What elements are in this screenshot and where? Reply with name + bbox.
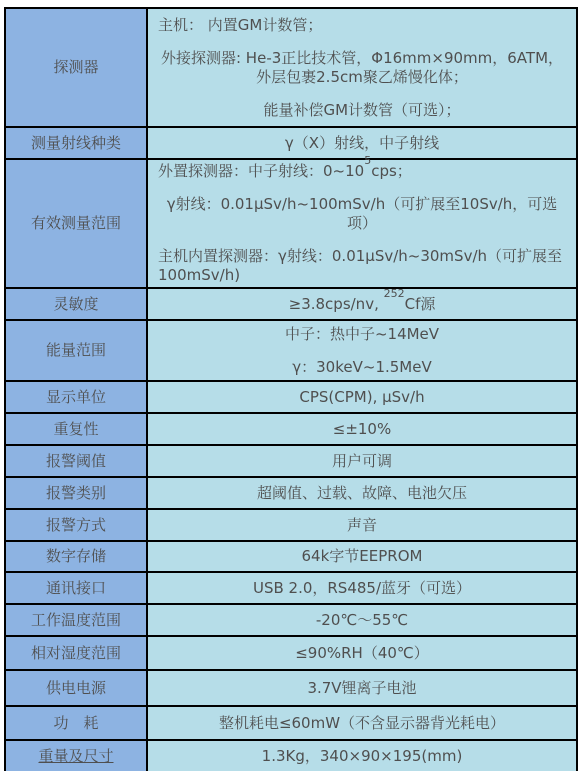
power-consumption-value: 整机耗电≤60mW（不含显示器背光耗电） bbox=[148, 707, 576, 739]
ray-types-label: 测量射线种类 bbox=[6, 128, 148, 158]
repeatability-text: ≤±10% bbox=[158, 420, 566, 439]
range-line-3: 主机内置探测器：γ射线：0.01μSv/h~30mSv/h（可扩展至100mSv… bbox=[158, 247, 566, 285]
spec-row-detector: 探测器 主机： 内置GM计数管； 外接探测器: He-3正比技术管，Φ16mm×… bbox=[6, 9, 576, 128]
weight-size-value: 1.3Kg，340×90×195(mm) bbox=[148, 741, 576, 771]
temperature-value: -20℃～55℃ bbox=[148, 605, 576, 635]
range-line-2: γ射线：0.01μSv/h~100mSv/h（可扩展至10Sv/h，可选项） bbox=[158, 195, 566, 233]
alarm-category-value: 超阈值、过载、故障、电池欠压 bbox=[148, 478, 576, 508]
spec-row-power-consumption: 功 耗 整机耗电≤60mW（不含显示器背光耗电） bbox=[6, 707, 576, 741]
repeatability-value: ≤±10% bbox=[148, 414, 576, 444]
humidity-value: ≤90%RH（40℃） bbox=[148, 637, 576, 669]
spec-row-power-supply: 供电电源 3.7V锂离子电池 bbox=[6, 671, 576, 707]
ray-types-value: γ（X）射线，中子射线 bbox=[148, 128, 576, 158]
sensitivity-label: 灵敏度 bbox=[6, 289, 148, 319]
temperature-text: -20℃～55℃ bbox=[158, 611, 566, 630]
range-label: 有效测量范围 bbox=[6, 160, 148, 287]
spec-row-humidity: 相对湿度范围 ≤90%RH（40℃） bbox=[6, 637, 576, 671]
sensitivity-text: ≥3.8cps/nv, 252Cf源 bbox=[158, 295, 566, 314]
ray-types-text: γ（X）射线，中子射线 bbox=[158, 134, 566, 153]
display-unit-value: CPS(CPM), μSv/h bbox=[148, 382, 576, 412]
sensitivity-post: Cf源 bbox=[405, 295, 436, 313]
spec-row-alarm-threshold: 报警阈值 用户可调 bbox=[6, 446, 576, 478]
display-unit-text: CPS(CPM), μSv/h bbox=[158, 388, 566, 407]
spec-row-display-unit: 显示单位 CPS(CPM), μSv/h bbox=[6, 382, 576, 414]
detector-line-1: 主机： 内置GM计数管； bbox=[158, 16, 566, 35]
spec-row-range: 有效测量范围 外置探测器：中子射线：0~105cps； γ射线：0.01μSv/… bbox=[6, 160, 576, 289]
spec-row-repeatability: 重复性 ≤±10% bbox=[6, 414, 576, 446]
interface-label: 通讯接口 bbox=[6, 573, 148, 603]
spec-row-storage: 数字存储 64k字节EEPROM bbox=[6, 542, 576, 573]
spec-row-sensitivity: 灵敏度 ≥3.8cps/nv, 252Cf源 bbox=[6, 289, 576, 321]
sensitivity-value: ≥3.8cps/nv, 252Cf源 bbox=[148, 289, 576, 319]
spec-row-weight-size: 重量及尺寸 1.3Kg，340×90×195(mm) bbox=[6, 741, 576, 771]
alarm-mode-value: 声音 bbox=[148, 510, 576, 540]
spec-page: 探测器 主机： 内置GM计数管； 外接探测器: He-3正比技术管，Φ16mm×… bbox=[0, 0, 585, 771]
humidity-text: ≤90%RH（40℃） bbox=[158, 644, 566, 663]
alarm-mode-label: 报警方式 bbox=[6, 510, 148, 540]
storage-label: 数字存储 bbox=[6, 542, 148, 571]
repeatability-label: 重复性 bbox=[6, 414, 148, 444]
energy-label: 能量范围 bbox=[6, 321, 148, 380]
spec-row-energy: 能量范围 中子：热中子~14MeV γ：30keV~1.5MeV bbox=[6, 321, 576, 382]
sensitivity-superscript: 252 bbox=[384, 287, 405, 300]
range-line-1-pre: 外置探测器：中子射线：0~10 bbox=[158, 162, 364, 180]
power-consumption-label: 功 耗 bbox=[6, 707, 148, 739]
range-line-1-post: cps； bbox=[371, 162, 412, 180]
range-value: 外置探测器：中子射线：0~105cps； γ射线：0.01μSv/h~100mS… bbox=[148, 160, 576, 287]
energy-value: 中子：热中子~14MeV γ：30keV~1.5MeV bbox=[148, 321, 576, 380]
spec-row-ray-types: 测量射线种类 γ（X）射线，中子射线 bbox=[6, 128, 576, 160]
weight-size-text: 1.3Kg，340×90×195(mm) bbox=[158, 747, 566, 766]
storage-text: 64k字节EEPROM bbox=[158, 547, 566, 566]
spec-row-alarm-mode: 报警方式 声音 bbox=[6, 510, 576, 542]
weight-size-label: 重量及尺寸 bbox=[6, 741, 148, 771]
power-supply-text: 3.7V锂离子电池 bbox=[158, 679, 566, 698]
alarm-category-text: 超阈值、过载、故障、电池欠压 bbox=[158, 484, 566, 503]
power-consumption-text: 整机耗电≤60mW（不含显示器背光耗电） bbox=[158, 714, 566, 733]
interface-value: USB 2.0，RS485/蓝牙（可选） bbox=[148, 573, 576, 603]
spec-row-temperature: 工作温度范围 -20℃～55℃ bbox=[6, 605, 576, 637]
range-line-1-superscript: 5 bbox=[364, 154, 371, 167]
power-supply-value: 3.7V锂离子电池 bbox=[148, 671, 576, 705]
detector-value: 主机： 内置GM计数管； 外接探测器: He-3正比技术管，Φ16mm×90mm… bbox=[148, 9, 576, 126]
spec-row-alarm-category: 报警类别 超阈值、过载、故障、电池欠压 bbox=[6, 478, 576, 510]
alarm-category-label: 报警类别 bbox=[6, 478, 148, 508]
detector-line-2: 外接探测器: He-3正比技术管，Φ16mm×90mm，6ATM，外层包裹2.5… bbox=[158, 49, 566, 87]
storage-value: 64k字节EEPROM bbox=[148, 542, 576, 571]
detector-line-3: 能量补偿GM计数管（可选）； bbox=[158, 101, 566, 120]
range-line-1: 外置探测器：中子射线：0~105cps； bbox=[158, 162, 566, 181]
spec-row-interface: 通讯接口 USB 2.0，RS485/蓝牙（可选） bbox=[6, 573, 576, 605]
alarm-threshold-value: 用户可调 bbox=[148, 446, 576, 476]
humidity-label: 相对湿度范围 bbox=[6, 637, 148, 669]
alarm-threshold-text: 用户可调 bbox=[158, 452, 566, 471]
display-unit-label: 显示单位 bbox=[6, 382, 148, 412]
alarm-mode-text: 声音 bbox=[158, 516, 566, 535]
temperature-label: 工作温度范围 bbox=[6, 605, 148, 635]
sensitivity-pre: ≥3.8cps/nv, bbox=[289, 295, 384, 313]
interface-text: USB 2.0，RS485/蓝牙（可选） bbox=[158, 579, 566, 598]
power-supply-label: 供电电源 bbox=[6, 671, 148, 705]
detector-label: 探测器 bbox=[6, 9, 148, 126]
spec-table: 探测器 主机： 内置GM计数管； 外接探测器: He-3正比技术管，Φ16mm×… bbox=[4, 7, 578, 771]
alarm-threshold-label: 报警阈值 bbox=[6, 446, 148, 476]
energy-line-1: 中子：热中子~14MeV bbox=[158, 325, 566, 344]
energy-line-2: γ：30keV~1.5MeV bbox=[158, 358, 566, 377]
